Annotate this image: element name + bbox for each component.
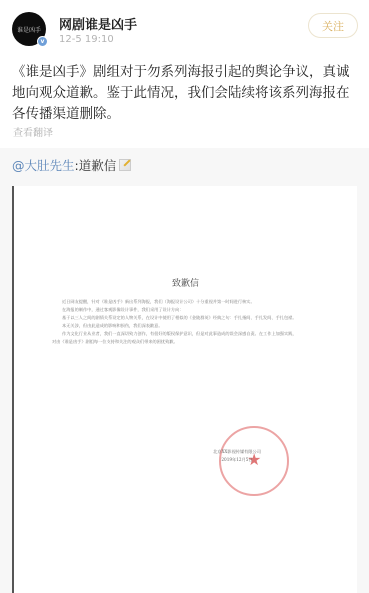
repost-container[interactable]: @大肚先生 : 道歉信 致歉信 近日网友提醒，针对《谁是凶手》新出系列海报，我们…	[0, 148, 369, 593]
letter-body: 近日网友提醒，针对《谁是凶手》新出系列海报，我们（海报设计公司）十分重视并第一时…	[52, 298, 300, 346]
mention-link[interactable]: @大肚先生	[12, 156, 75, 174]
repost-title: 道歉信	[79, 156, 117, 174]
letter-paragraph: 在海报的制作中，通过客观影像设计事件，我们采用了设计方向：	[52, 306, 300, 314]
letter-paragraph: 本无关涉，但由此造成的影响和损伤，我们深表歉意。	[52, 322, 300, 330]
letter-signature: 北京XX影视传媒有限公司 2019年12月5日	[182, 448, 292, 464]
timestamp: 12-5 19:10	[59, 34, 114, 45]
letter-paragraph: 作为文化行业从业者，我们一直深切致力创作，有很好的版权保护意识，但是对此事造成的…	[52, 330, 300, 346]
follow-label: 关注	[322, 18, 344, 34]
follow-button[interactable]: 关注	[308, 13, 358, 38]
letter-paragraph: 近日网友提醒，针对《谁是凶手》新出系列海报，我们（海报设计公司）十分重视并第一时…	[52, 298, 300, 306]
post-header: 谁是凶手 v 网剧谁是凶手 12-5 19:10 关注	[0, 0, 369, 52]
avatar-text: 谁是凶手	[17, 25, 41, 34]
signature-company: 北京XX影视传媒有限公司	[182, 448, 292, 456]
letter-title: 致歉信	[14, 276, 357, 289]
signature-date: 2019年12月5日	[182, 456, 292, 464]
translate-link[interactable]: 查看翻译	[13, 124, 53, 139]
repost-header: @大肚先生 : 道歉信	[12, 156, 131, 174]
letter-paragraph: 基于以三人之间的剧情关系设定的人物关系，在设计中使用了相似的《金陵群英》经典之句…	[52, 314, 300, 322]
username[interactable]: 网剧谁是凶手	[59, 14, 137, 33]
edit-note-icon	[119, 159, 131, 171]
apology-letter-image[interactable]: 致歉信 近日网友提醒，针对《谁是凶手》新出系列海报，我们（海报设计公司）十分重视…	[12, 186, 357, 593]
post-text: 《谁是凶手》剧组对于勿系列海报引起的舆论争议，真诚地向观众道歉。鉴于此情况，我们…	[12, 62, 358, 125]
verified-badge-icon: v	[37, 36, 48, 47]
